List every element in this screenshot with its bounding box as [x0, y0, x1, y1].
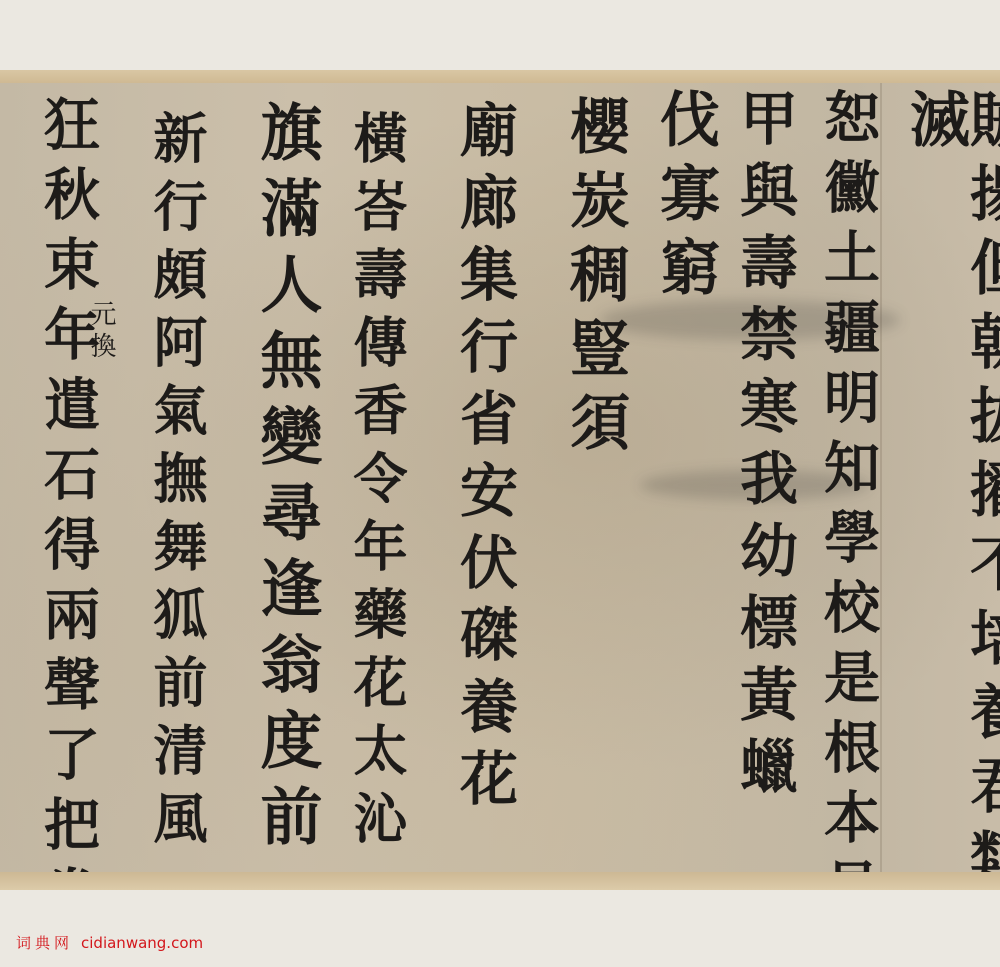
mount-bottom [0, 890, 1000, 967]
calligraphy-column-10: 狂秋束年遣石得兩聲了把卷 [40, 95, 96, 935]
small-inscription: 元換 [88, 300, 114, 364]
calligraphy-column-9: 新行頗阿氣撫舞狐前清風 [150, 110, 204, 858]
calligraphy-column-3: 甲與壽禁寒我幼標黃蠟 [735, 88, 793, 808]
calligraphy-column-8: 旗滿人無變尋逢翁度前 [255, 100, 317, 860]
calligraphy-column-2: 恕黴土疆明知學校是根本見 [820, 88, 876, 928]
calligraphy-column-5: 櫻炭稠豎須 [565, 95, 625, 465]
scroll-border-top [0, 70, 1000, 83]
watermark: 词典网cidianwang.com [16, 932, 203, 953]
watermark-url: cidianwang.com [81, 934, 203, 952]
calligraphy-column-4: 伐寡窮 [655, 88, 715, 310]
mount-top [0, 0, 1000, 70]
watermark-cn: 词典网 [16, 934, 73, 952]
calligraphy-column-7: 橫峇壽傳香令年藥花太沁 [350, 110, 404, 858]
calligraphy-column-6: 廟廊集行省安伏磔養花 [455, 100, 513, 820]
calligraphy-column-1: 賊揚但朝拔擢不培養君類滅 [905, 88, 1000, 967]
scroll-border-bottom [0, 872, 1000, 890]
